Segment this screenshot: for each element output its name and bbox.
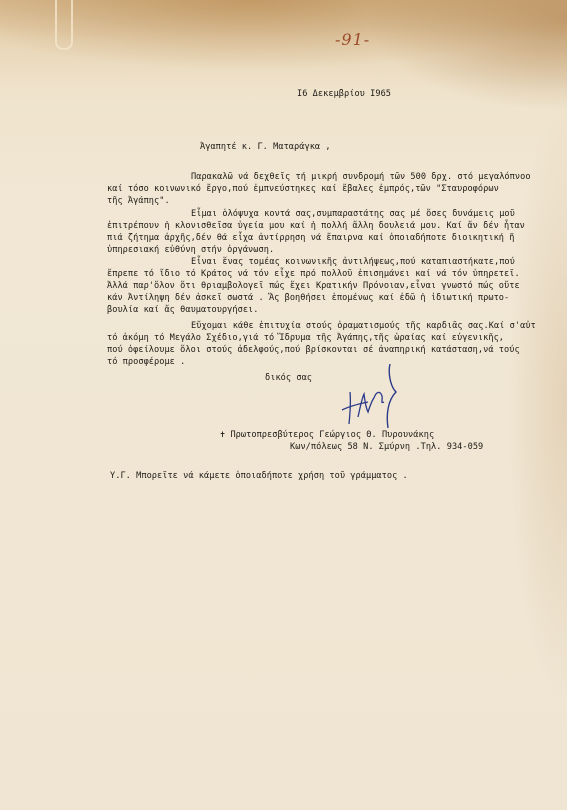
paragraph-3-line-1: Εἶναι ἕνας τομέας κοινωνικῆς ἀντιλήψεως,… — [191, 257, 515, 268]
paragraph-3-line-5: βουλία καί ἄς θαυματουργήσει. — [107, 305, 259, 316]
paragraph-1-line-1: Παρακαλῶ νά δεχθεῖς τή μικρή συνδρομή τῶ… — [191, 172, 531, 183]
paragraph-2-line-4: ὑπηρεσιακή εὐθύνη στήν ὀργάνωση. — [107, 245, 274, 256]
closing: δικός σας — [265, 373, 312, 384]
letter-date: Ι6 Δεκεμβρίου Ι965 — [297, 89, 391, 100]
salutation: Ἀγαπητέ κ. Γ. Ματαράγκα , — [200, 142, 331, 153]
signatory-name: ✝ Πρωτοπρεσβύτερος Γεώργιος Θ. Πυρουνάκη… — [220, 430, 434, 441]
paragraph-4-line-2: τό ἀκόμη τό Μεγάλο Σχέδιο,γιά τό Ἵδρυμα … — [107, 333, 504, 344]
paragraph-4-line-3: πού ὀφείλουμε ὅλοι στούς ἀδελφούς,πού βρ… — [107, 345, 520, 356]
paper-crease — [55, 0, 73, 50]
paragraph-4-line-4: τό προσφέρομε . — [107, 357, 185, 368]
signatory-address: Κων/πόλεως 58 Ν. Σμύρνη .Τηλ. 934-059 — [290, 442, 483, 453]
letter-page: -91- Ι6 Δεκεμβρίου Ι965 Ἀγαπητέ κ. Γ. Μα… — [0, 0, 567, 810]
paragraph-3-line-2: ἔπρεπε τό ἴδιο τό Κράτος νά τόν εἶχε πρό… — [107, 269, 520, 280]
postscript: Υ.Γ. Μπορεῖτε νά κάμετε ὁποιαδήποτε χρήσ… — [110, 471, 408, 482]
paragraph-1-line-2: καί τόσο κοινωνικό ἔργο,πού ἐμπνεύστηκες… — [107, 184, 499, 195]
paragraph-1-line-3: τῆς Ἀγάπης". — [107, 196, 170, 207]
paragraph-2-line-1: Εἶμαι ὁλόψυχα κοντά σας,συμπαραστάτης σα… — [191, 209, 515, 220]
paragraph-2-line-2: ἐπιτρέπουν ἡ κλονισθεῖσα ὑγεία μου καί ἡ… — [107, 221, 525, 232]
paragraph-3-line-3: Ἀλλά παρ'ὅλον ὅτι θριαμβολογεῖ πώς ἔχει … — [107, 281, 520, 292]
paragraph-4-line-1: Εὔχομαι κάθε ἐπιτυχία στούς ὁραματισμούς… — [191, 321, 536, 332]
page-number: -91- — [335, 30, 370, 49]
paragraph-2-line-3: πιά ζήτημα ἀρχῆς,δέν θά εἶχα ἀντίρρηση ν… — [107, 233, 514, 244]
paragraph-3-line-4: κάν Ἀντίληψη δέν ἀσκεῖ σωστά . Ἄς βοηθήσ… — [107, 293, 509, 304]
